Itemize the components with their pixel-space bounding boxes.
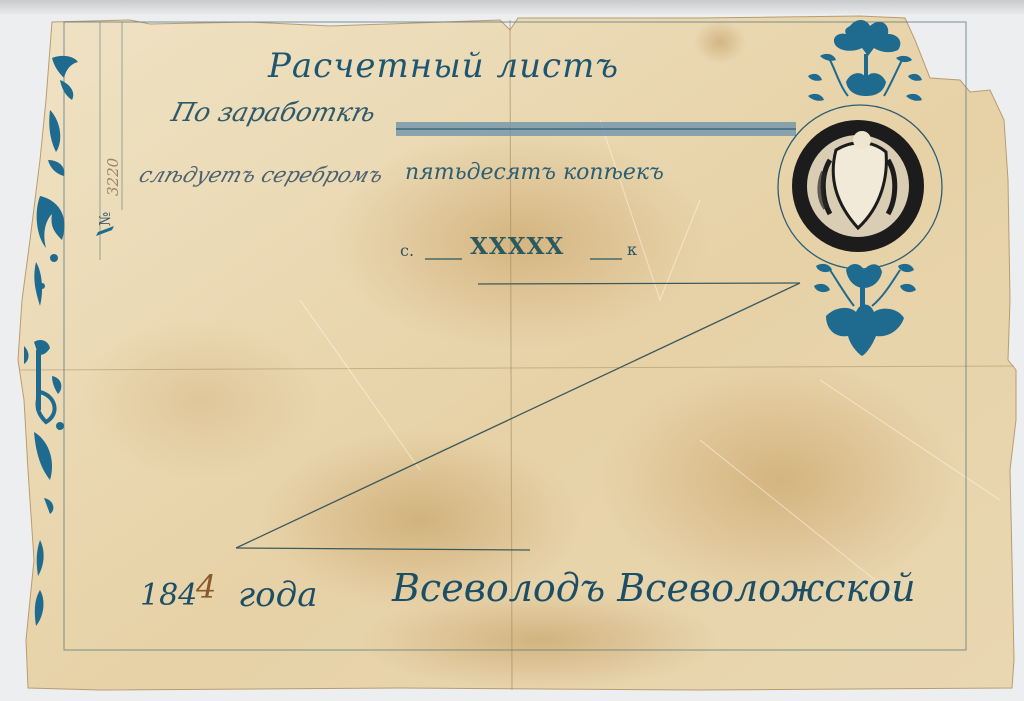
year-word: года xyxy=(238,575,317,615)
amount-value: XXXXX xyxy=(470,233,564,260)
document-title: Расчетный листъ xyxy=(268,46,619,86)
seal xyxy=(792,120,924,252)
kopecks-label: к xyxy=(627,240,637,259)
signer-name: Всеволодъ Всеволожской xyxy=(392,566,916,610)
earnings-label: По заработкѣ xyxy=(168,98,379,128)
year-handwritten-digit: 4 xyxy=(196,568,216,606)
payment-sheet: Расчетный листъ По заработкѣ слѣдуетъ се… xyxy=(0,0,1024,701)
amount-due-handwritten: слѣдуетъ серебромъ xyxy=(136,163,386,187)
amount-due-words: пятьдесятъ копѣекъ xyxy=(405,160,664,185)
rubles-label: с. xyxy=(400,241,414,260)
number-handwritten: 3220 xyxy=(104,158,122,196)
year-printed: 184 xyxy=(140,578,197,613)
number-label: № xyxy=(96,212,114,226)
